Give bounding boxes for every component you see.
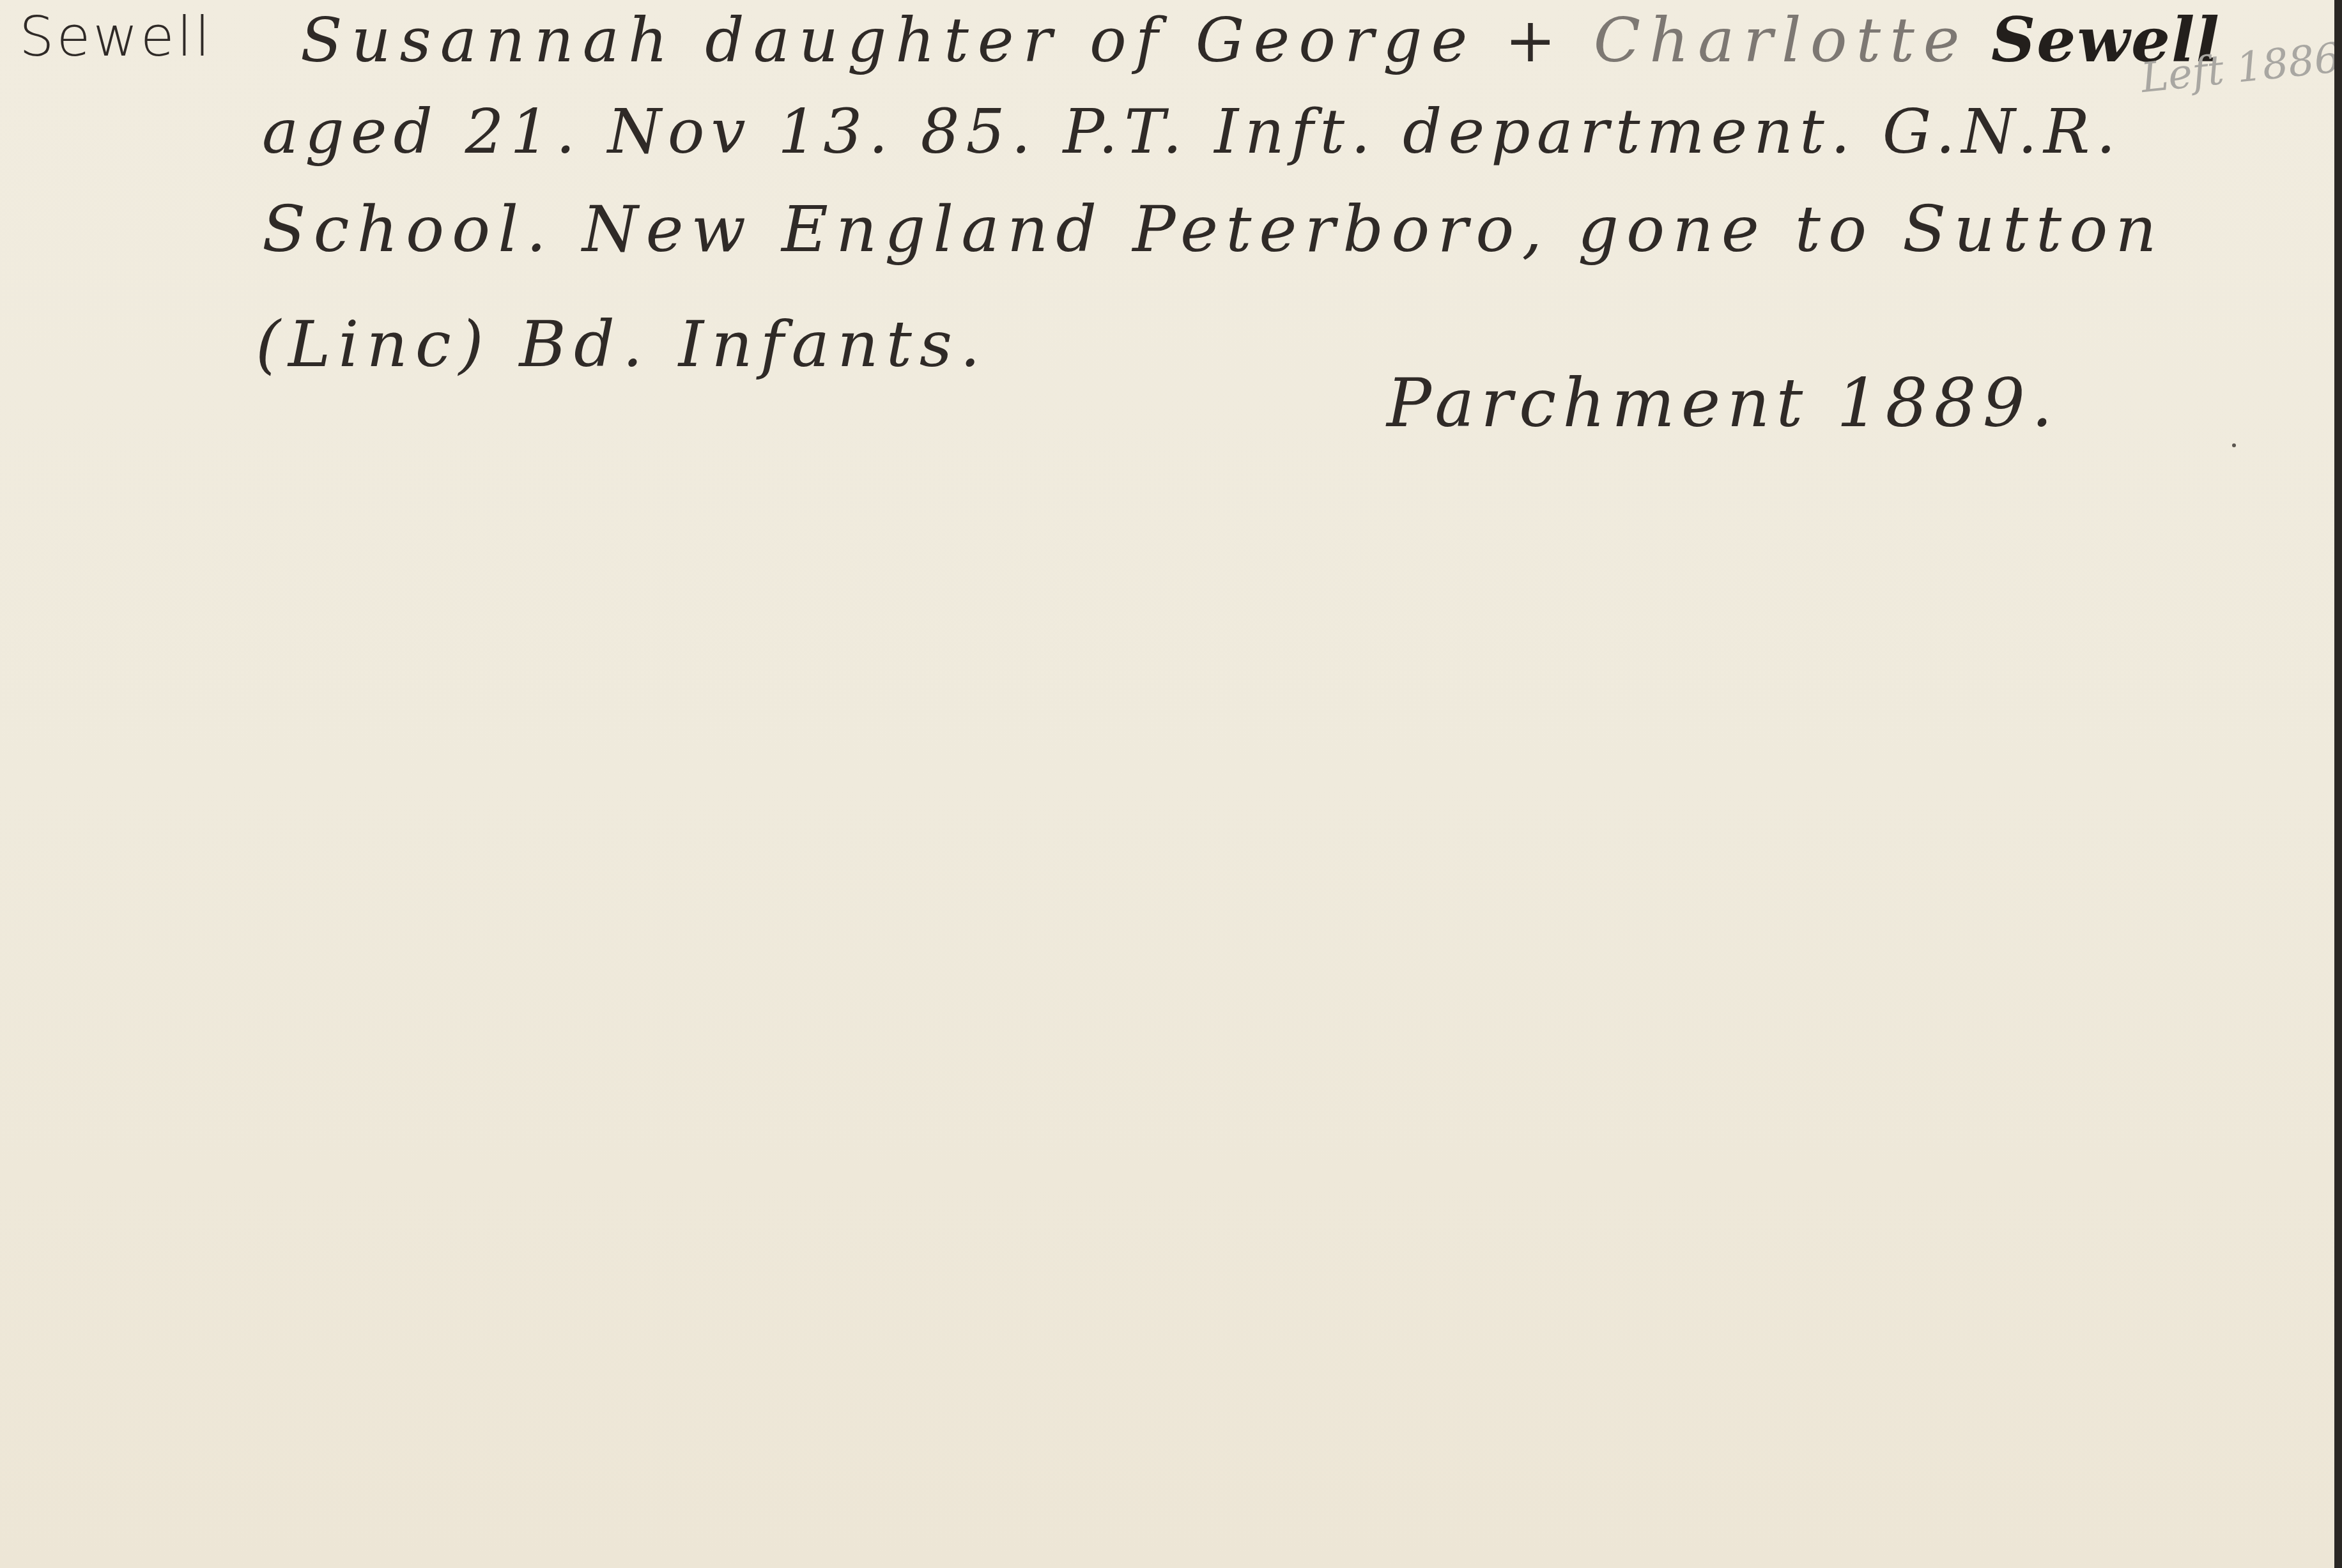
surname-heading: Sewell: [19, 5, 213, 69]
ink-speck: [2232, 443, 2236, 447]
entry-line-2: aged 21. Nov 13. 85. P.T. Inft. departme…: [262, 96, 2122, 167]
entry-line-1-start: Susannah daughter of George +: [300, 4, 1594, 76]
entry-line-3: School. New England Peterboro, gone to S…: [262, 192, 2164, 266]
entry-line-1: Susannah daughter of George + Charlotte …: [300, 4, 2221, 76]
entry-line-4: (Linc) Bd. Infants.: [256, 307, 988, 381]
record-card: Sewell Susannah daughter of George + Cha…: [0, 0, 2334, 1568]
scan-border-edge: [2334, 0, 2342, 1568]
parchment-signoff: Parchment 1889.: [1387, 364, 2059, 442]
entry-line-1-faded: Charlotte: [1594, 4, 1969, 76]
